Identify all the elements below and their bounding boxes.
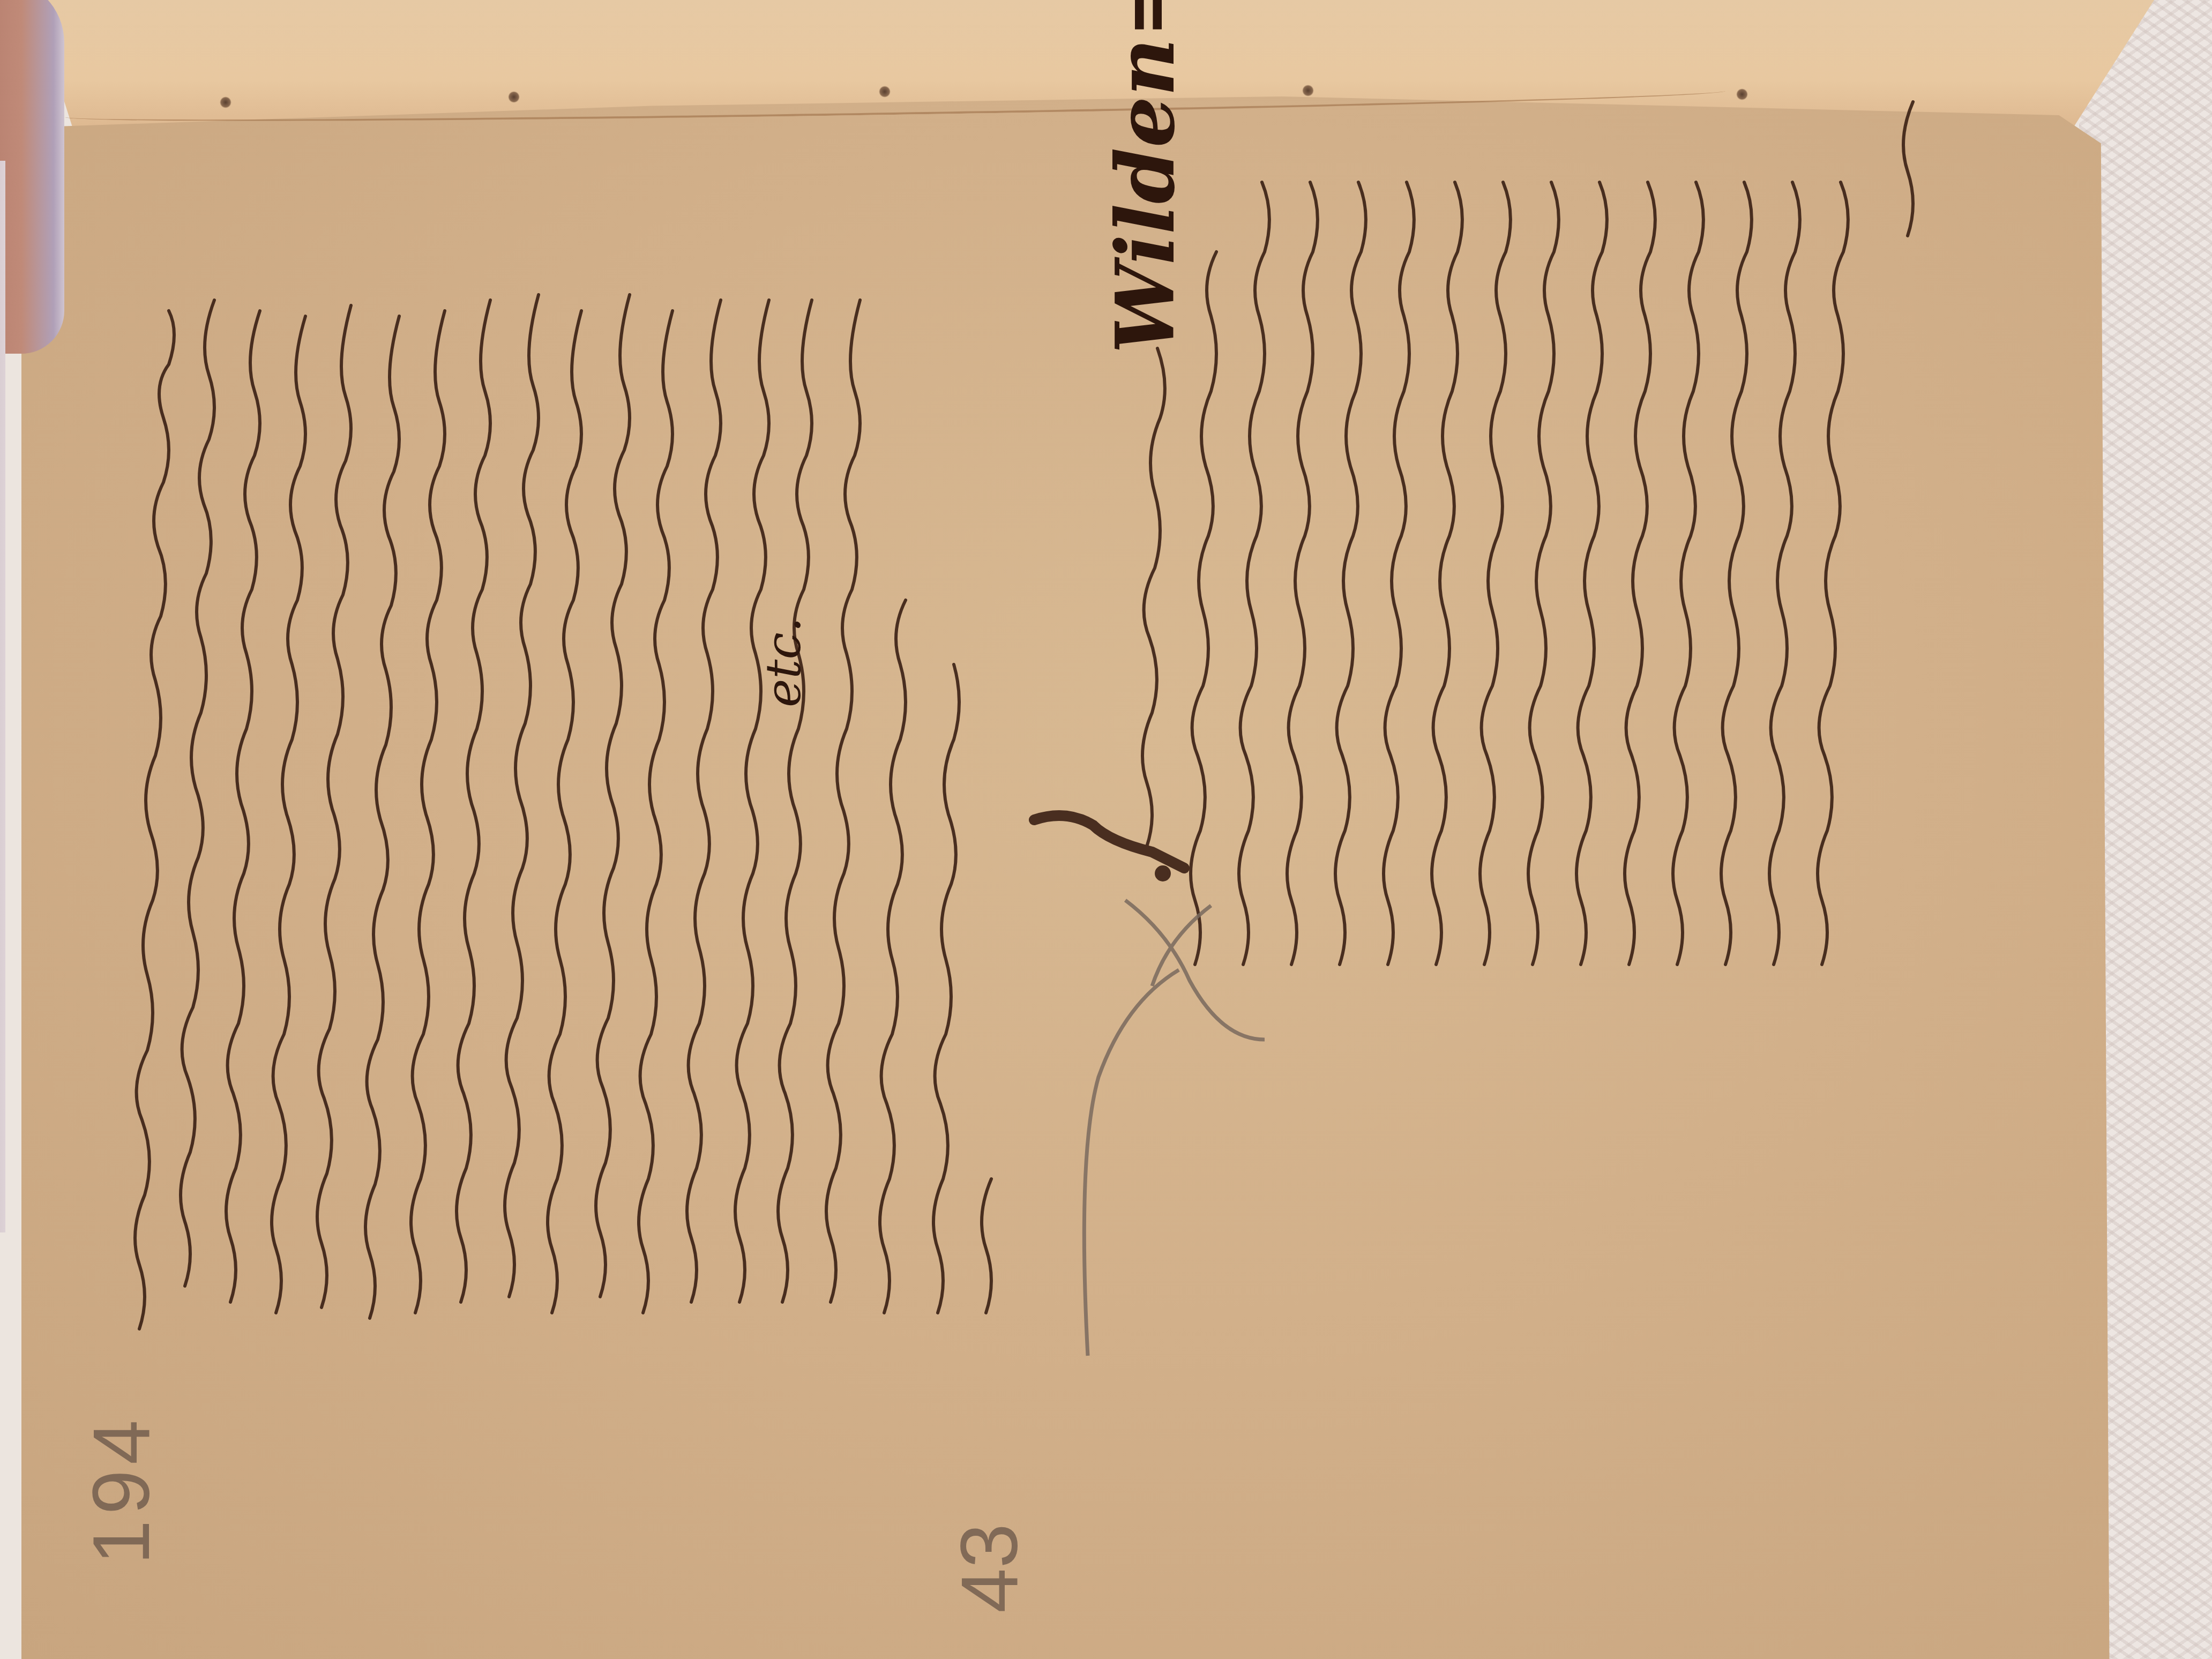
page-number-pencil: 194: [75, 1415, 168, 1565]
pencil-x-mark: [1084, 900, 1265, 1356]
section-number-pencil: 43: [943, 1523, 1036, 1613]
upper-paragraph: [135, 295, 991, 1329]
etc-abbreviation: etc.: [756, 617, 812, 707]
lower-paragraph: [1142, 102, 1913, 965]
heading-word: Wilden=: [1098, 0, 1193, 354]
section-initial-y: [1034, 816, 1184, 868]
